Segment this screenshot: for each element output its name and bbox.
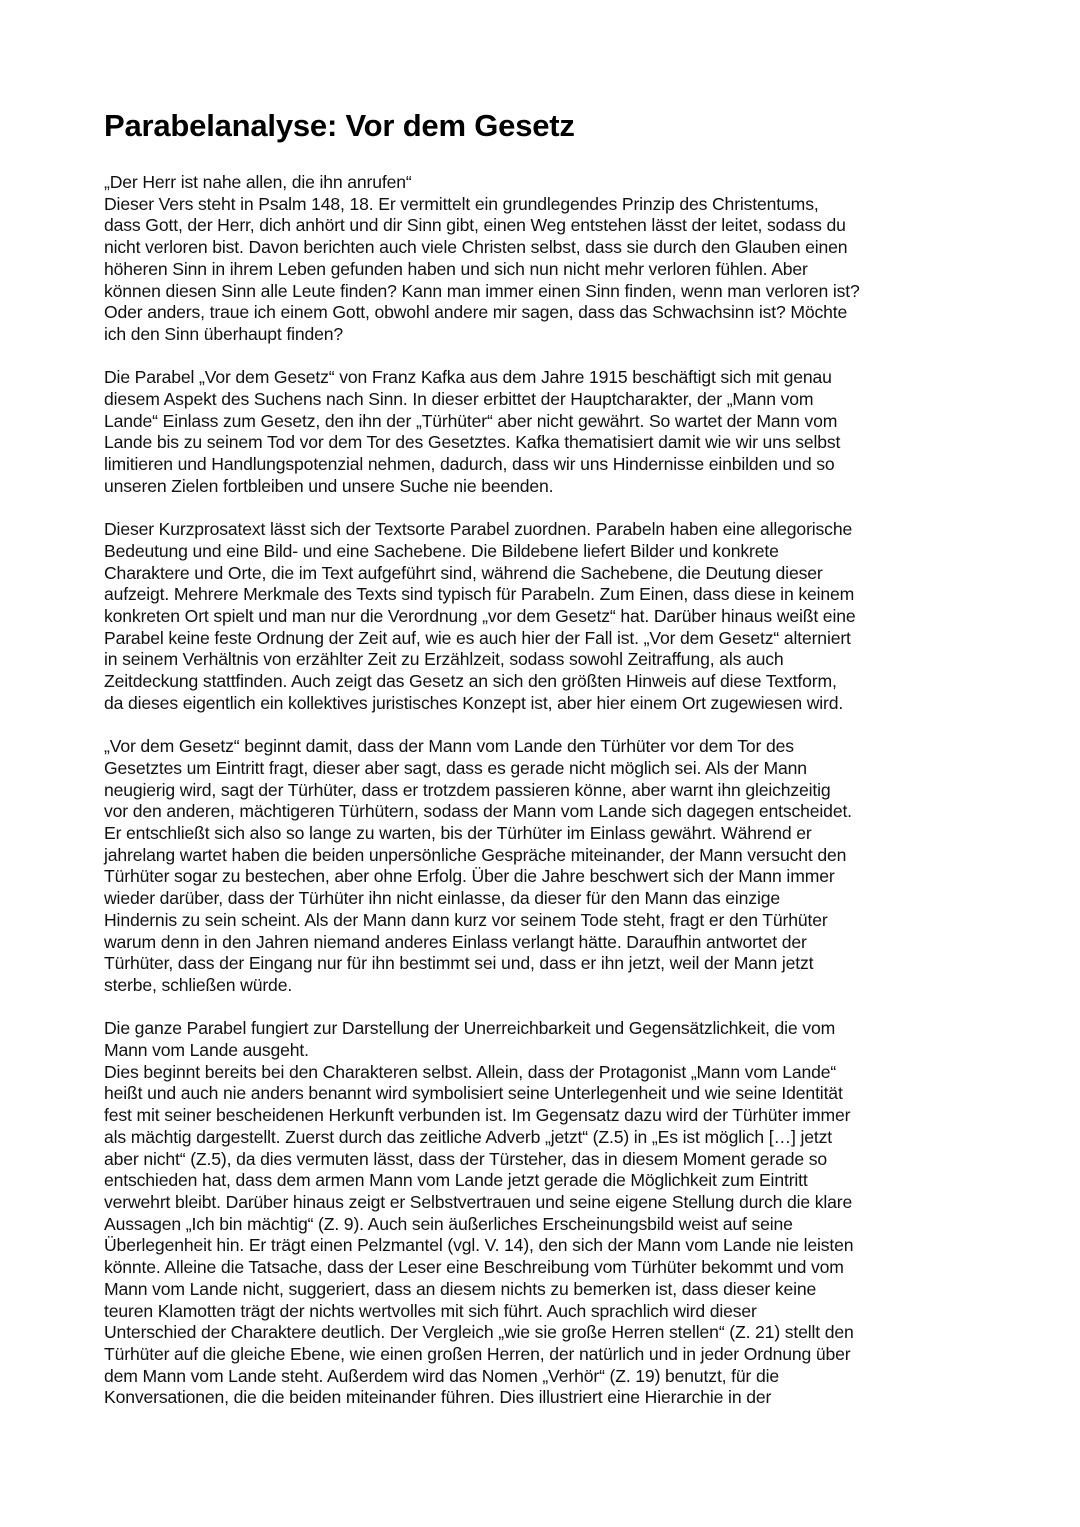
text-line: Hindernis zu sein scheint. Als der Mann … bbox=[104, 910, 984, 932]
text-line: jahrelang wartet haben die beiden unpers… bbox=[104, 845, 984, 867]
text-line: Mann vom Lande nicht, suggeriert, dass a… bbox=[104, 1279, 984, 1301]
text-line: diesem Aspekt des Suchens nach Sinn. In … bbox=[104, 389, 984, 411]
text-line: Oder anders, traue ich einem Gott, obwoh… bbox=[104, 302, 984, 324]
text-line: Konversationen, die die beiden miteinand… bbox=[104, 1387, 984, 1409]
text-line: vor den anderen, mächtigeren Türhütern, … bbox=[104, 801, 984, 823]
text-line: Türhüter auf die gleiche Ebene, wie eine… bbox=[104, 1344, 984, 1366]
text-line: als mächtig dargestellt. Zuerst durch da… bbox=[104, 1127, 984, 1149]
text-line: Dieser Vers steht in Psalm 148, 18. Er v… bbox=[104, 194, 984, 216]
text-line: Dieser Kurzprosatext lässt sich der Text… bbox=[104, 519, 984, 541]
document-body: „Der Herr ist nahe allen, die ihn anrufe… bbox=[104, 172, 984, 1409]
text-line: Die Parabel „Vor dem Gesetz“ von Franz K… bbox=[104, 367, 984, 389]
text-line: Gesetztes um Eintritt fragt, dieser aber… bbox=[104, 758, 984, 780]
text-line: könnte. Alleine die Tatsache, dass der L… bbox=[104, 1257, 984, 1279]
text-line: Die ganze Parabel fungiert zur Darstellu… bbox=[104, 1018, 984, 1040]
document-title: Parabelanalyse: Vor dem Gesetz bbox=[104, 106, 984, 146]
paragraph-2: Die Parabel „Vor dem Gesetz“ von Franz K… bbox=[104, 367, 984, 497]
text-line: teuren Klamotten trägt der nichts wertvo… bbox=[104, 1301, 984, 1323]
text-line: Zeitdeckung stattfinden. Auch zeigt das … bbox=[104, 671, 984, 693]
paragraph-3: Dieser Kurzprosatext lässt sich der Text… bbox=[104, 519, 984, 714]
text-line: Lande bis zu seinem Tod vor dem Tor des … bbox=[104, 432, 984, 454]
text-line: heißt und auch nie anders benannt wird s… bbox=[104, 1083, 984, 1105]
text-line: Aussagen „Ich bin mächtig“ (Z. 9). Auch … bbox=[104, 1214, 984, 1236]
text-line: unseren Zielen fortbleiben und unsere Su… bbox=[104, 476, 984, 498]
paragraph-5: Die ganze Parabel fungiert zur Darstellu… bbox=[104, 1018, 984, 1409]
text-line: Dies beginnt bereits bei den Charakteren… bbox=[104, 1062, 984, 1084]
text-line: Mann vom Lande ausgeht. bbox=[104, 1040, 984, 1062]
text-line: „Der Herr ist nahe allen, die ihn anrufe… bbox=[104, 172, 984, 194]
document-page: Parabelanalyse: Vor dem Gesetz „Der Herr… bbox=[104, 106, 984, 1409]
text-line: Lande“ Einlass zum Gesetz, den ihn der „… bbox=[104, 411, 984, 433]
text-line: nicht verloren bist. Davon berichten auc… bbox=[104, 237, 984, 259]
text-line: Überlegenheit hin. Er trägt einen Pelzma… bbox=[104, 1235, 984, 1257]
text-line: Bedeutung und eine Bild- und eine Sacheb… bbox=[104, 541, 984, 563]
text-line: dem Mann vom Lande steht. Außerdem wird … bbox=[104, 1366, 984, 1388]
paragraph-1: „Der Herr ist nahe allen, die ihn anrufe… bbox=[104, 172, 984, 346]
text-line: in seinem Verhältnis von erzählter Zeit … bbox=[104, 649, 984, 671]
text-line: höheren Sinn in ihrem Leben gefunden hab… bbox=[104, 259, 984, 281]
text-line: Parabel keine feste Ordnung der Zeit auf… bbox=[104, 628, 984, 650]
text-line: fest mit seiner bescheidenen Herkunft ve… bbox=[104, 1105, 984, 1127]
text-line: können diesen Sinn alle Leute finden? Ka… bbox=[104, 281, 984, 303]
text-line: aber nicht“ (Z.5), da dies vermuten läss… bbox=[104, 1149, 984, 1171]
text-line: limitieren und Handlungspotenzial nehmen… bbox=[104, 454, 984, 476]
text-line: Er entschließt sich also so lange zu war… bbox=[104, 823, 984, 845]
text-line: Charaktere und Orte, die im Text aufgefü… bbox=[104, 563, 984, 585]
text-line: sterbe, schließen würde. bbox=[104, 975, 984, 997]
text-line: Türhüter sogar zu bestechen, aber ohne E… bbox=[104, 866, 984, 888]
text-line: „Vor dem Gesetz“ beginnt damit, dass der… bbox=[104, 736, 984, 758]
text-line: Türhüter, dass der Eingang nur für ihn b… bbox=[104, 953, 984, 975]
text-line: wieder darüber, dass der Türhüter ihn ni… bbox=[104, 888, 984, 910]
text-line: verwehrt bleibt. Darüber hinaus zeigt er… bbox=[104, 1192, 984, 1214]
paragraph-4: „Vor dem Gesetz“ beginnt damit, dass der… bbox=[104, 736, 984, 996]
text-line: Unterschied der Charaktere deutlich. Der… bbox=[104, 1322, 984, 1344]
text-line: neugierig wird, sagt der Türhüter, dass … bbox=[104, 780, 984, 802]
text-line: aufzeigt. Mehrere Merkmale des Texts sin… bbox=[104, 584, 984, 606]
text-line: dass Gott, der Herr, dich anhört und dir… bbox=[104, 215, 984, 237]
text-line: ich den Sinn überhaupt finden? bbox=[104, 324, 984, 346]
text-line: entschieden hat, dass dem armen Mann vom… bbox=[104, 1170, 984, 1192]
text-line: da dieses eigentlich ein kollektives jur… bbox=[104, 693, 984, 715]
text-line: konkreten Ort spielt und man nur die Ver… bbox=[104, 606, 984, 628]
text-line: warum denn in den Jahren niemand anderes… bbox=[104, 932, 984, 954]
